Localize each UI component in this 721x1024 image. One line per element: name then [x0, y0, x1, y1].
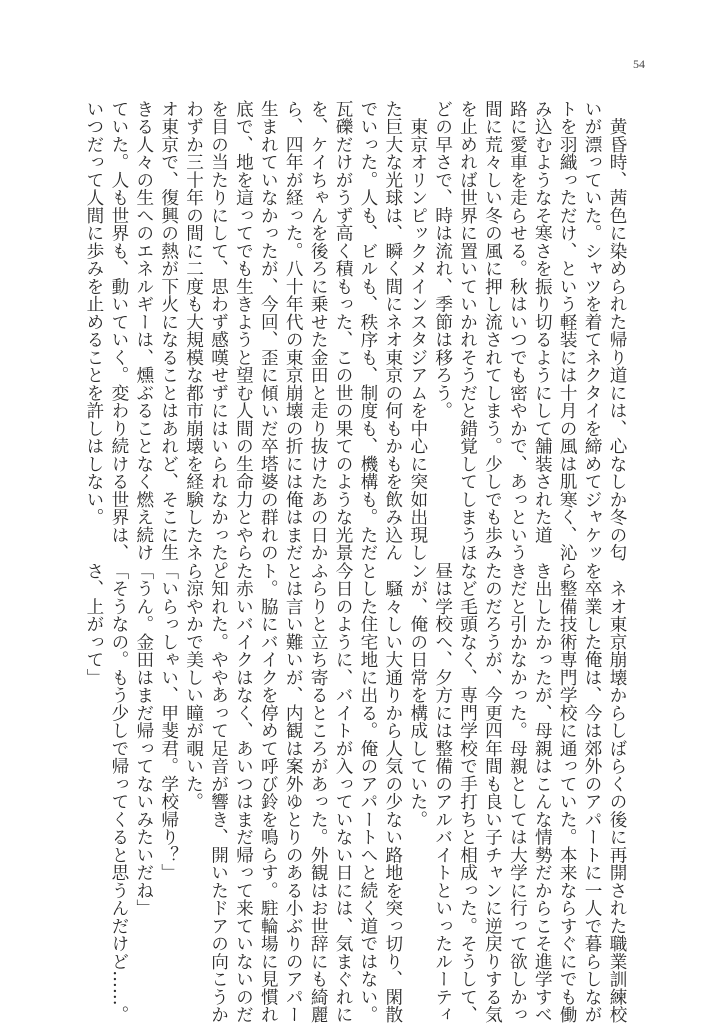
text-column: 生まれていなかったが、今回、歪に傾いだ卒塔婆の群れの	[255, 100, 280, 512]
text-column: いが漂っていた。シャツを着てネクタイを締めてジャケッ	[579, 100, 604, 512]
text-column: き出したかったが、母親はこんな情勢だからこそ進学すべ	[529, 562, 554, 974]
text-column: 東京オリンピックメインスタジアムを中心に突如出現し	[405, 100, 430, 512]
text-column: 騒々しい大通りから人気の少ない路地を突っ切り、閑散	[380, 562, 405, 974]
text-column: 「いらっしゃい、甲斐君。学校帰り？」	[156, 562, 181, 974]
text-column: ら涼やかで美しい瞳が覗いた。	[181, 562, 206, 974]
text-column: 黄昏時、茜色に染められた帰り道には、心なしか冬の匂	[604, 100, 629, 512]
text-column: とは言い難いが、内観は案外ゆとりのある小ぶりのアパー	[280, 562, 305, 974]
text-column: ていた。人も世界も、動いていく。変わり続ける世界は、	[106, 100, 131, 512]
text-column: さ、上がって」	[81, 562, 106, 974]
text-block-top: 黄昏時、茜色に染められた帰り道には、心なしか冬の匂いが漂っていた。シャツを着てネ…	[81, 100, 629, 512]
text-column: ンが、俺の日常を構成していた。	[405, 562, 430, 974]
text-column: を止めれば世界に置いていかれそうだと錯覚してしまうほ	[455, 100, 480, 512]
text-column: た巨大な光球は、瞬く間にネオ東京の何もかもを飲み込ん	[380, 100, 405, 512]
text-column: など毛頭なく、専門学校で手打ちと相成った。そうして、	[455, 562, 480, 974]
text-column: ら、四年が経った。八十年代の東京崩壊の折には俺はまだ	[280, 100, 305, 512]
text-column: きる人々の生へのエネルギーは、燻ぶることなく燃え続け	[131, 100, 156, 512]
text-column: を目の当たりにして、思わず感嘆せずにはいられなかった。	[206, 100, 231, 512]
text-column: 路に愛車を走らせる。秋はいつでも密やかで、あっという	[504, 100, 529, 512]
text-column: とした住宅地に出る。俺のアパートへと続く道ではない。	[355, 562, 380, 974]
text-column: を卒業した俺は、今は郊外のアパートに一人で暮らしなが	[579, 562, 604, 974]
text-block-bottom: ネオ東京崩壊からしばらくの後に再開された職業訓練校を卒業した俺は、今は郊外のアパ…	[81, 562, 629, 974]
text-column: 「うん。金田はまだ帰ってないみたいだね」	[131, 562, 156, 974]
text-column: どの早さで、時は流れ、季節は移ろう。	[430, 100, 455, 512]
text-column: 「そうなの。もう少しで帰ってくると思うんだけど……。	[106, 562, 131, 974]
text-column: ふらりと立ち寄るところがあった。外観はお世辞にも綺麗	[305, 562, 330, 974]
text-column: トを羽織っただけ、という軽装には十月の風は肌寒く、沁	[554, 100, 579, 512]
text-column: オ東京で、復興の熱が下火になることはあれど、そこに生	[156, 100, 181, 512]
text-column: た赤いバイクはなく、あいつはまだ帰って来ていないのだ	[231, 562, 256, 974]
text-column: み込むようなそ寒さを振り切るようにして舗装された道	[529, 100, 554, 512]
text-column: たのだろうが、今更四年間も良い子チャンに逆戻りする気	[480, 562, 505, 974]
text-column: を、ケイちゃんを後ろに乗せた金田と走り抜けたあの日か	[305, 100, 330, 512]
page-number: 54	[633, 57, 645, 72]
text-column: わずか三十年の間に二度も大規模な都市崩壊を経験したネ	[181, 100, 206, 512]
text-column: 瓦礫だけがうず高く積もった、この世の果てのような光景	[330, 100, 355, 512]
text-column: 間に荒々しい冬の風に押し流されてしまう。少しでも歩み	[480, 100, 505, 512]
text-column: でいった。人も、ビルも、秩序も、制度も、機構も。ただ	[355, 100, 380, 512]
text-column: 今日のように、バイトが入っていない日には、気まぐれに	[330, 562, 355, 974]
text-column: ト。脇にバイクを停めて呼び鈴を鳴らす。駐輪場に見慣れ	[255, 562, 280, 974]
text-column: いつだって人間に歩みを止めることを許しはしない。	[81, 100, 106, 512]
text-column: きだと引かなかった。母親としては大学に行って欲しかっ	[504, 562, 529, 974]
text-column: 底で、地を這ってでも生きようと望む人間の生命力とやら	[231, 100, 256, 512]
text-column: ネオ東京崩壊からしばらくの後に再開された職業訓練校	[604, 562, 629, 974]
text-column: ら整備技術専門学校に通っていた。本来ならすぐにでも働	[554, 562, 579, 974]
text-column: 昼は学校へ、夕方には整備のアルバイトといったルーティ	[430, 562, 455, 974]
text-column: と知れた。ややあって足音が響き、開いたドアの向こうか	[206, 562, 231, 974]
